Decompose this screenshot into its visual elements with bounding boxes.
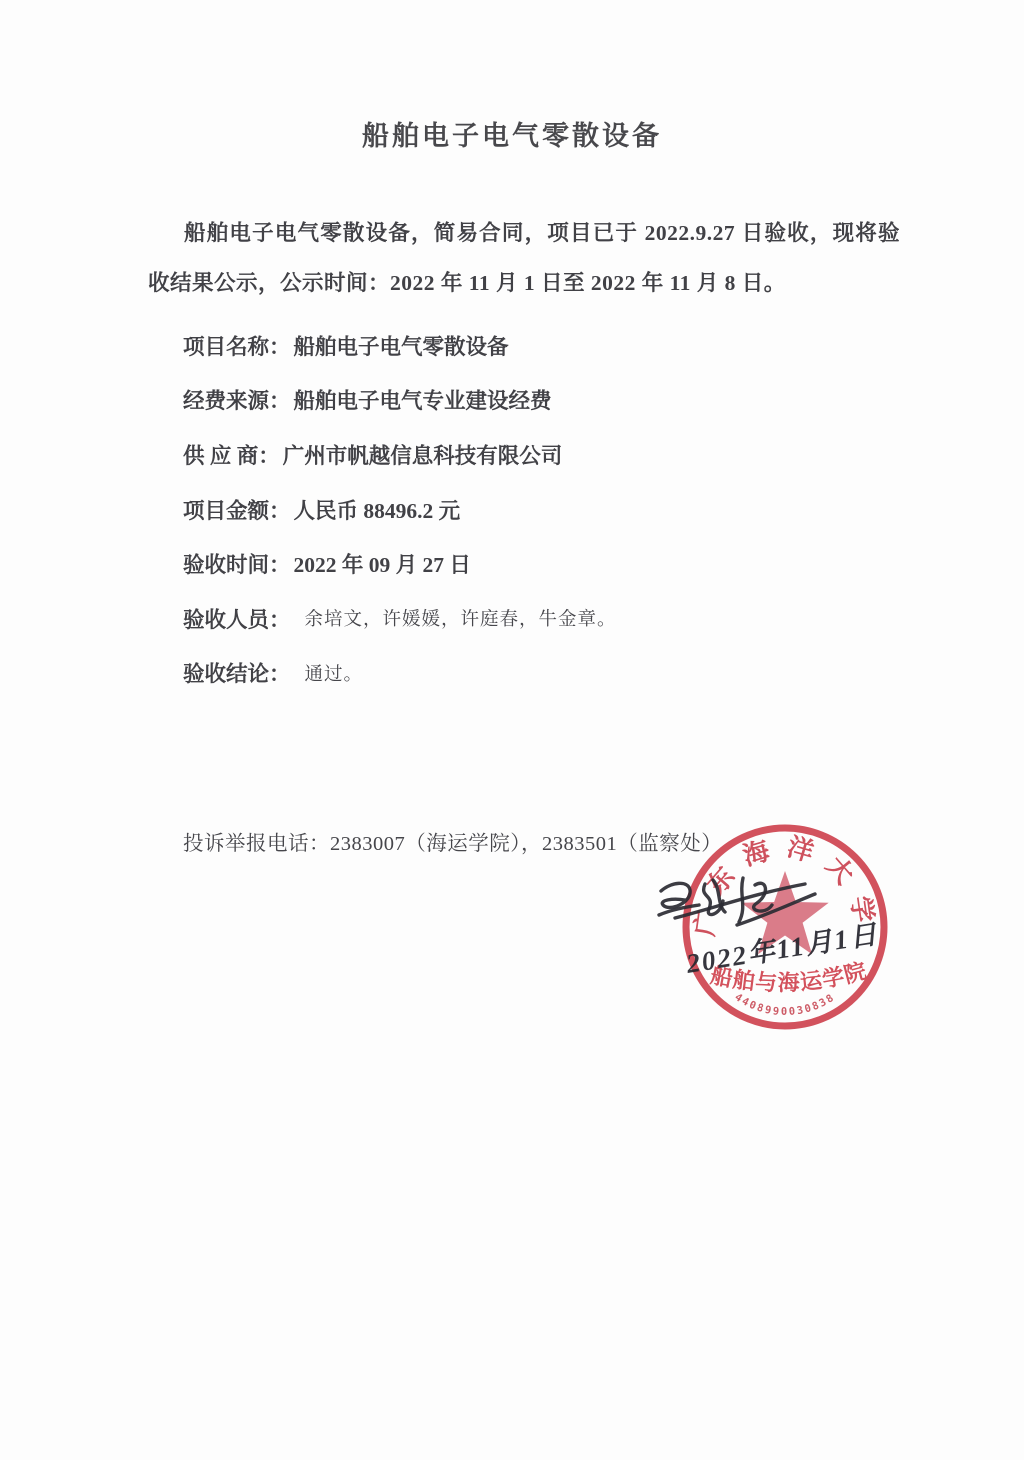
- document-title: 船舶电子电气零散设备: [0, 114, 1024, 153]
- field-value-supplier: 广州市帆越信息科技有限公司: [283, 439, 563, 470]
- field-label-project-amount: 项目金额：: [183, 494, 291, 525]
- scanned-document-page: 船舶电子电气零散设备 船舶电子电气零散设备，简易合同，项目已于 2022.9.2…: [0, 0, 1024, 1460]
- field-label-funding-source: 经费来源：: [183, 384, 291, 415]
- field-row-supplier: 供 应 商： 广州市帆越信息科技有限公司: [183, 427, 883, 482]
- handwritten-date: 2022年11月1日: [683, 919, 880, 979]
- handwritten-signature: [659, 878, 815, 925]
- field-value-acceptance-conclusion: 通过。: [305, 660, 364, 686]
- field-value-funding-source: 船舶电子电气专业建设经费: [294, 384, 552, 415]
- handwritten-date-text: 2022年11月1日: [683, 919, 880, 979]
- field-value-acceptance-staff: 余培文，许媛媛，许庭春，牛金章。: [305, 605, 617, 631]
- intro-paragraph: 船舶电子电气零散设备，简易合同，项目已于 2022.9.27 日验收，现将验收结…: [148, 208, 900, 308]
- field-value-project-amount: 人民币 88496.2 元: [294, 494, 461, 525]
- field-label-project-name: 项目名称：: [183, 330, 291, 361]
- field-label-acceptance-conclusion: 验收结论：: [183, 657, 291, 688]
- field-row-project-amount: 项目金额： 人民币 88496.2 元: [183, 482, 883, 537]
- complaint-hotline-line: 投诉举报电话：2383007（海运学院），2383501（监察处）: [183, 826, 722, 856]
- field-row-acceptance-date: 验收时间： 2022 年 09 月 27 日: [183, 536, 883, 591]
- field-label-acceptance-date: 验收时间：: [183, 548, 291, 579]
- field-row-project-name: 项目名称： 船舶电子电气零散设备: [183, 318, 883, 373]
- field-value-acceptance-date: 2022 年 09 月 27 日: [294, 548, 471, 579]
- field-label-supplier: 供 应 商：: [183, 439, 280, 470]
- field-list: 项目名称： 船舶电子电气零散设备 经费来源： 船舶电子电气专业建设经费 供 应 …: [183, 318, 883, 700]
- field-row-funding-source: 经费来源： 船舶电子电气专业建设经费: [183, 373, 883, 428]
- field-value-project-name: 船舶电子电气零散设备: [294, 330, 509, 361]
- field-row-acceptance-conclusion: 验收结论： 通过。: [183, 646, 883, 701]
- handwriting-overlay: 2022年11月1日: [645, 855, 915, 1005]
- field-row-acceptance-staff: 验收人员： 余培文，许媛媛，许庭春，牛金章。: [183, 591, 883, 646]
- field-label-acceptance-staff: 验收人员：: [183, 603, 291, 634]
